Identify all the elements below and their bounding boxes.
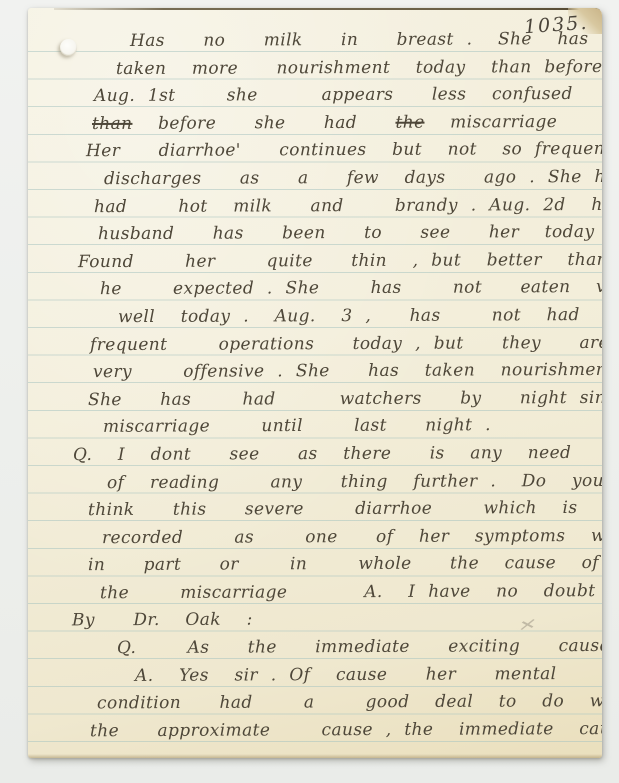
- manuscript-line: Q. As the immediate exciting cause: [117, 633, 602, 662]
- manuscript-line: miscarriage until last night .: [103, 413, 491, 442]
- manuscript-line: husband has been to see her today .: [98, 219, 602, 248]
- manuscript-line: the miscarriage A. I have no doubt of it…: [100, 578, 602, 607]
- manuscript-line: Her diarrhoe' continues but not so frequ…: [86, 136, 602, 165]
- manuscript-line: Has no milk in breast . She has: [130, 26, 589, 55]
- manuscript-line: She has had watchers by night since: [88, 385, 602, 414]
- manuscript-line: Q. I dont see as there is any need: [73, 440, 571, 469]
- manuscript-line: in part or in whole the cause of: [88, 550, 599, 579]
- manuscript-line: well today . Aug. 3 , has not had as: [118, 302, 602, 331]
- scanned-document: 1035. Has no milk in breast . She hastak…: [0, 0, 619, 783]
- manuscript-line: very offensive . She has taken nourishme…: [93, 357, 602, 386]
- manuscript-line: discharges as a few days ago . She has: [104, 164, 602, 193]
- manuscript-line: condition had a good deal to do with it …: [97, 688, 602, 718]
- manuscript-line: than before she had the miscarriage: [92, 109, 557, 138]
- manuscript-line: frequent operations today , but they are: [90, 329, 602, 358]
- manuscript-line: think this severe diarrhoe which is: [88, 495, 578, 524]
- manuscript-line: Found her quite thin , but better than: [78, 247, 602, 276]
- manuscript-line: A. Yes sir . Of cause her mental: [135, 661, 557, 690]
- manuscript-line: the approximate cause , the immediate ca…: [90, 716, 602, 746]
- manuscript-line: he expected . She has not eaten very: [100, 274, 602, 303]
- manuscript-line: Aug. 1st she appears less confused: [94, 81, 573, 110]
- manuscript-paper: 1035. Has no milk in breast . She hastak…: [28, 8, 602, 758]
- manuscript-line: recorded as one of her symptoms was: [102, 523, 602, 552]
- manuscript-lines: Has no milk in breast . She hastaken mor…: [28, 8, 602, 758]
- manuscript-line: taken more nourishment today than before: [116, 54, 602, 83]
- manuscript-line: By Dr. Oak :: [72, 606, 253, 634]
- manuscript-line: had hot milk and brandy . Aug. 2d her: [94, 191, 602, 220]
- manuscript-line: of reading any thing further . Do you: [107, 468, 602, 497]
